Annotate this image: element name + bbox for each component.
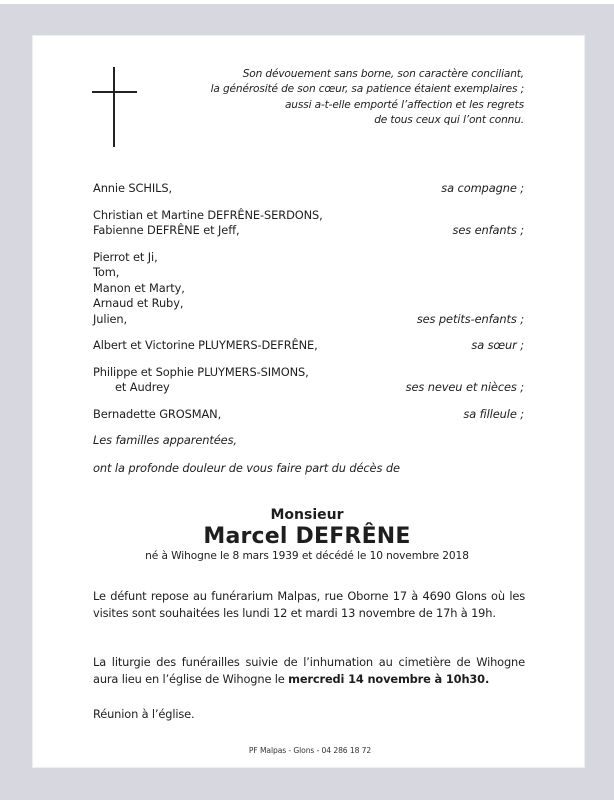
funeral-home-footer: PF Malpas - Glons - 04 286 18 72 (0, 746, 614, 755)
deceased-dates: né à Wihogne le 8 mars 1939 et décédé le… (0, 550, 614, 562)
family-group-nephews: Philippe et Sophie PLUYMERS-SIMONS, et A… (93, 365, 524, 396)
family-name: Bernadette GROSMAN, (93, 407, 524, 423)
family-name: Pierrot et Ji, (93, 250, 524, 266)
meeting-paragraph: Réunion à l’église. (93, 706, 525, 723)
quote-line: de tous ceux qui l’ont connu. (211, 113, 524, 128)
deceased-name: Marcel DEFRÊNE (0, 524, 614, 549)
cross-vertical-bar (113, 67, 115, 147)
relation-label: sa compagne ; (441, 181, 524, 197)
quote-line: Son dévouement sans borne, son caractère… (211, 67, 524, 82)
family-name: Christian et Martine DEFRÊNE-SERDONS, (93, 208, 524, 224)
family-name: Tom, (93, 265, 524, 281)
related-families: Les familles apparentées, (93, 433, 524, 449)
relation-label: ses enfants ; (453, 223, 525, 239)
announcement-text: ont la profonde douleur de vous faire pa… (93, 461, 400, 475)
relation-label: ses petits-enfants ; (417, 312, 524, 328)
family-group-grandchildren: Pierrot et Ji, Tom, Manon et Marty, Arna… (93, 250, 524, 328)
relation-label: sa sœur ; (471, 338, 524, 354)
visitation-paragraph: Le défunt repose au funérarium Malpas, r… (93, 588, 525, 622)
family-group-sister: Albert et Victorine PLUYMERS-DEFRÊNE, sa… (93, 338, 524, 354)
family-name: Albert et Victorine PLUYMERS-DEFRÊNE, (93, 338, 524, 354)
family-name: Manon et Marty, (93, 281, 524, 297)
quote-line: la générosité de son cœur, sa patience é… (211, 82, 524, 97)
family-group-companion: Annie SCHILS, sa compagne ; (93, 181, 524, 197)
liturgy-date: mercredi 14 novembre à 10h30. (288, 672, 489, 686)
family-group-children: Christian et Martine DEFRÊNE-SERDONS, Fa… (93, 208, 524, 239)
relation-label: ses neveu et nièces ; (406, 380, 524, 396)
memorial-quote: Son dévouement sans borne, son caractère… (211, 67, 524, 129)
cross-horizontal-bar (92, 91, 137, 93)
quote-line: aussi a-t-elle emporté l’affection et le… (211, 98, 524, 113)
family-group-goddaughter: Bernadette GROSMAN, sa filleule ; (93, 407, 524, 423)
family-name: Philippe et Sophie PLUYMERS-SIMONS, (93, 365, 524, 381)
relation-label: sa filleule ; (463, 407, 524, 423)
liturgy-paragraph: La liturgie des funérailles suivie de l’… (93, 654, 525, 688)
family-name: Arnaud et Ruby, (93, 296, 524, 312)
family-list: Annie SCHILS, sa compagne ; Christian et… (93, 181, 524, 460)
family-group-related: Les familles apparentées, (93, 433, 524, 449)
deceased-title: Monsieur (0, 507, 614, 523)
